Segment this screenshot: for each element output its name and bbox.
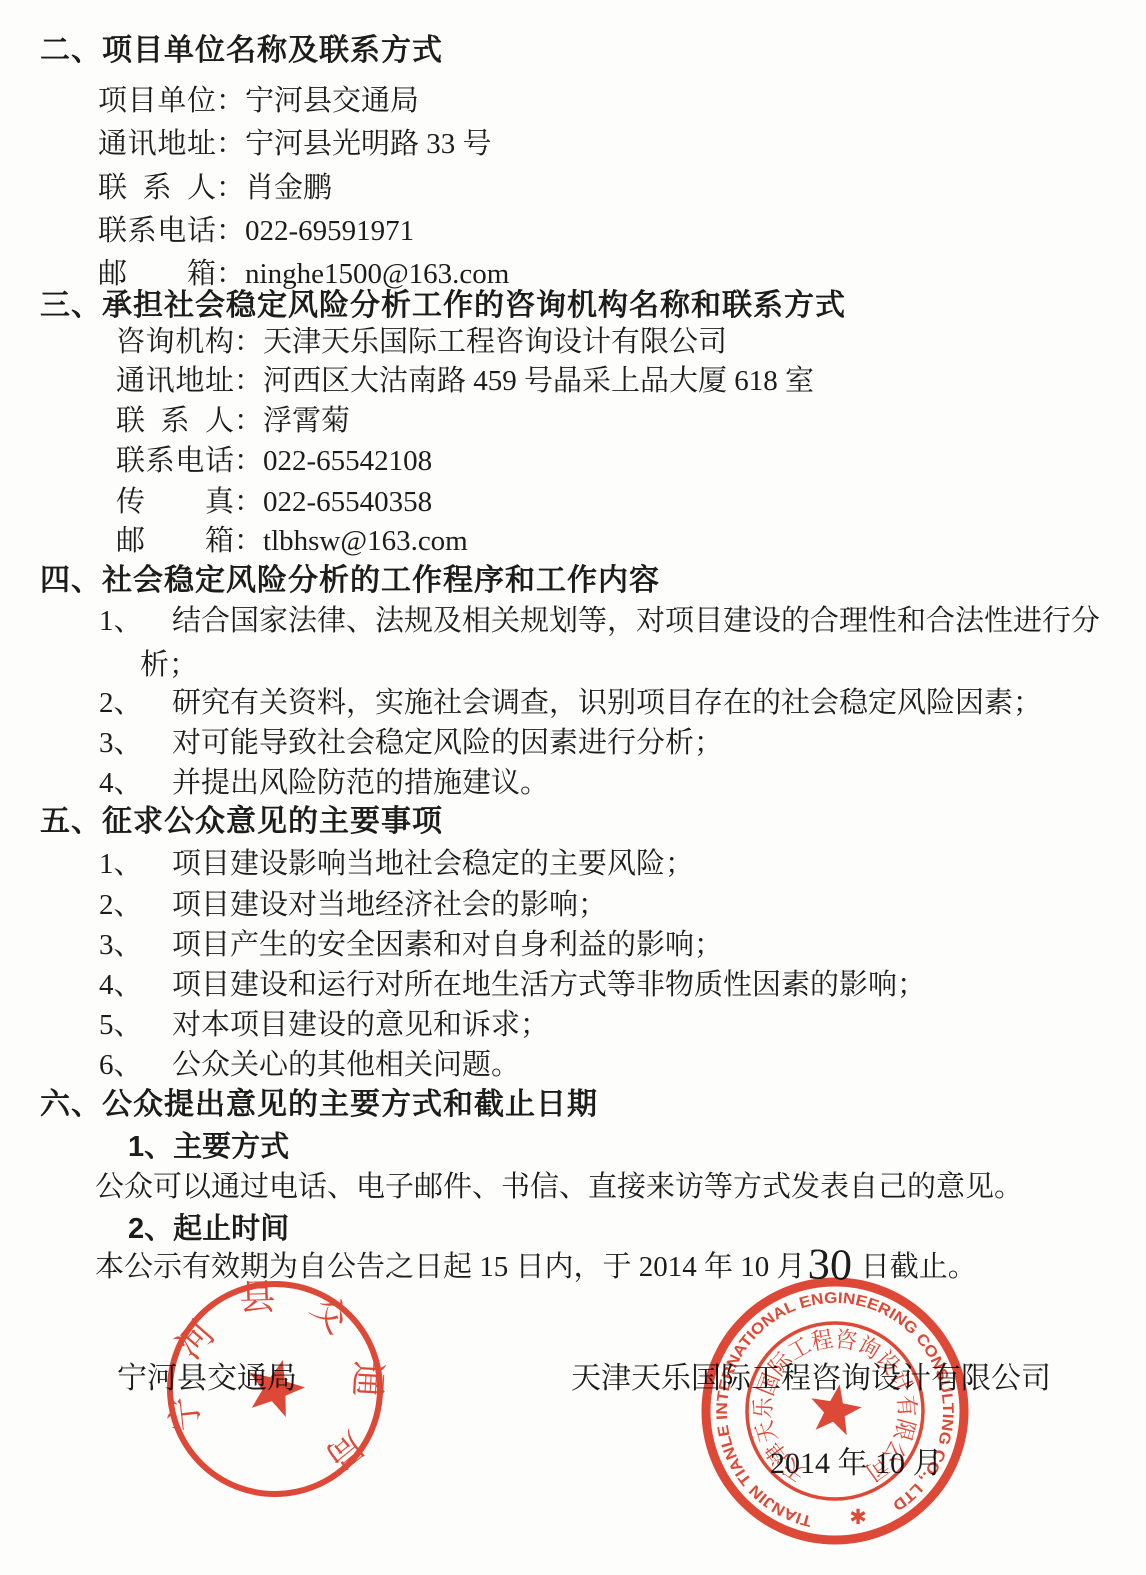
field-label: 联系电话	[116, 444, 234, 478]
scanned-notice-page: { "page": { "colon": "：", "ink_color": "…	[0, 0, 1146, 1575]
list-item: 4、项目建设和运行对所在地生活方式等非物质性因素的影响；	[99, 968, 926, 1002]
item-number: 1、	[99, 847, 172, 881]
list-item: 1、结合国家法律、法规及相关规划等，对项目建设的合理性和合法性进行分	[99, 604, 1100, 638]
field-label: 联系人	[116, 404, 234, 438]
list-item: 3、项目产生的安全因素和对自身利益的影响；	[99, 928, 723, 962]
list-item: 4、并提出风险防范的措施建议。	[99, 766, 549, 800]
item-text: 并提出风险防范的措施建议。	[172, 767, 549, 799]
item-number: 4、	[99, 766, 172, 800]
item-text: 项目建设对当地经济社会的影响；	[172, 889, 607, 921]
subsection-heading: 1、主要方式	[128, 1130, 289, 1164]
field-value: 浮霄菊	[263, 405, 350, 437]
field-value: ninghe1500@163.com	[245, 258, 509, 290]
section-4-heading: 四、社会稳定风险分析的工作程序和工作内容	[40, 564, 660, 598]
field-value: 022-65542108	[263, 445, 432, 477]
item-text: 结合国家法律、法规及相关规划等，对项目建设的合理性和合法性进行分	[172, 605, 1100, 637]
item-text: 公众关心的其他相关问题。	[172, 1049, 520, 1081]
contact-line: 通讯地址：河西区大沽南路 459 号晶采上品大厦 618 室	[116, 364, 814, 398]
list-item: 2、项目建设对当地经济社会的影响；	[99, 888, 607, 922]
item-text: 对可能导致社会稳定风险的因素进行分析；	[172, 727, 723, 759]
star-icon	[811, 1384, 862, 1435]
item-text: 项目建设和运行对所在地生活方式等非物质性因素的影响；	[172, 969, 926, 1001]
item-number: 6、	[99, 1048, 172, 1082]
contact-line: 通讯地址：宁河县光明路 33 号	[98, 127, 492, 161]
colon: ：	[234, 445, 263, 477]
section-6-heading: 六、公众提出意见的主要方式和截止日期	[40, 1088, 598, 1122]
subsection-heading: 2、起止时间	[128, 1212, 289, 1246]
section-3-heading: 三、承担社会稳定风险分析工作的咨询机构名称和联系方式	[40, 289, 846, 323]
contact-line: 联系电话：022-69591971	[98, 214, 414, 248]
field-label: 咨询机构	[116, 325, 234, 359]
colon: ：	[234, 326, 263, 358]
contact-line: 邮箱：tlbhsw@163.com	[116, 524, 468, 558]
field-label: 邮箱	[98, 257, 216, 291]
section-2-heading: 二、项目单位名称及联系方式	[40, 34, 443, 68]
contact-line: 联系电话：022-65542108	[116, 444, 432, 478]
star-icon	[250, 1360, 305, 1417]
colon: ：	[216, 215, 245, 247]
contact-line: 邮箱：ninghe1500@163.com	[98, 257, 509, 291]
field-label: 通讯地址	[98, 127, 216, 161]
seal-bottom-asterisk-icon: ✱	[849, 1505, 867, 1529]
item-text: 研究有关资料，实施社会调查，识别项目存在的社会稳定风险因素；	[172, 687, 1042, 719]
field-value: 宁河县光明路 33 号	[245, 128, 492, 160]
left-official-seal: 宁河县交通局	[162, 1276, 388, 1502]
field-value: 肖金鹏	[245, 172, 332, 204]
contact-line: 传真：022-65540358	[116, 485, 432, 519]
field-value: 022-65540358	[263, 486, 432, 518]
colon: ：	[234, 365, 263, 397]
item-number: 2、	[99, 686, 172, 720]
list-item: 5、对本项目建设的意见和诉求；	[99, 1008, 549, 1042]
field-value: 河西区大沽南路 459 号晶采上品大厦 618 室	[263, 365, 814, 397]
field-value: 022-69591971	[245, 215, 414, 247]
colon: ：	[216, 172, 245, 204]
list-item-continuation: 析；	[140, 648, 198, 682]
field-label: 邮箱	[116, 524, 234, 558]
list-item: 6、公众关心的其他相关问题。	[99, 1048, 520, 1082]
contact-line: 联系人：肖金鹏	[98, 171, 332, 205]
colon: ：	[216, 128, 245, 160]
colon: ：	[234, 405, 263, 437]
list-item: 2、研究有关资料，实施社会调查，识别项目存在的社会稳定风险因素；	[99, 686, 1042, 720]
contact-line: 项目单位：宁河县交通局	[98, 84, 419, 118]
item-number: 5、	[99, 1008, 172, 1042]
body-text: 公众可以通过电话、电子邮件、书信、直接来访等方式发表自己的意见。	[95, 1170, 1023, 1204]
field-label: 联系人	[98, 171, 216, 205]
right-official-seal: TIANJIN TIANLE INTERNATIONAL ENGINEERING…	[695, 1271, 975, 1551]
list-item: 3、对可能导致社会稳定风险的因素进行分析；	[99, 726, 723, 760]
item-number: 3、	[99, 726, 172, 760]
field-label: 联系电话	[98, 214, 216, 248]
list-item: 1、项目建设影响当地社会稳定的主要风险；	[99, 847, 694, 881]
colon: ：	[234, 486, 263, 518]
field-label: 传真	[116, 485, 234, 519]
item-text: 对本项目建设的意见和诉求；	[172, 1009, 549, 1041]
item-number: 3、	[99, 928, 172, 962]
contact-line: 咨询机构：天津天乐国际工程咨询设计有限公司	[116, 325, 727, 359]
item-text: 项目产生的安全因素和对自身利益的影响；	[172, 929, 723, 961]
item-number: 4、	[99, 968, 172, 1002]
item-text: 项目建设影响当地社会稳定的主要风险；	[172, 848, 694, 880]
handwritten-date: 30	[808, 1264, 852, 1266]
colon: ：	[216, 85, 245, 117]
field-label: 项目单位	[98, 84, 216, 118]
field-value: 天津天乐国际工程咨询设计有限公司	[263, 326, 727, 358]
contact-line: 联系人：浮霄菊	[116, 404, 350, 438]
item-text: 析；	[140, 649, 198, 681]
field-value: 宁河县交通局	[245, 85, 419, 117]
colon: ：	[216, 258, 245, 290]
section-5-heading: 五、征求公众意见的主要事项	[40, 805, 443, 839]
field-label: 通讯地址	[116, 364, 234, 398]
item-number: 1、	[99, 604, 172, 638]
colon: ：	[234, 525, 263, 557]
field-value: tlbhsw@163.com	[263, 525, 468, 557]
item-number: 2、	[99, 888, 172, 922]
